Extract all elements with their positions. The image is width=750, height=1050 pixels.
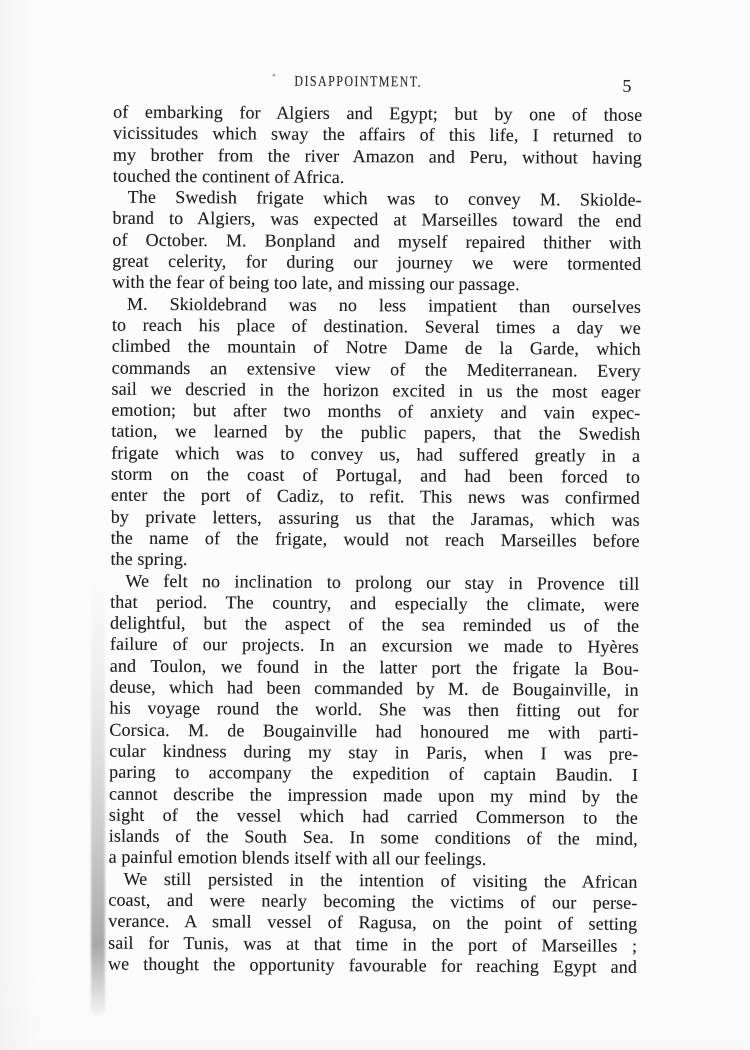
running-header: DISAPPOINTMENT. xyxy=(118,72,598,93)
text-line: climbed the mountain of Notre Dame de la… xyxy=(112,336,641,361)
scanned-sheet: DISAPPOINTMENT. 5 of embarking for Algie… xyxy=(0,0,750,1050)
paragraph: M. Skioldebrand was no less impatient th… xyxy=(110,293,641,573)
text-line: failure of our projects. In an excursion… xyxy=(110,634,639,659)
page-body: of embarking for Algiers and Egypt; but … xyxy=(108,102,642,978)
text-line: We felt no inclination to prolong our st… xyxy=(110,570,639,595)
text-line: enter the port of Cadiz, to refit. This … xyxy=(111,485,640,510)
paragraph: The Swedish frigate which was to convey … xyxy=(112,187,642,297)
page-number: 5 xyxy=(622,76,631,97)
text-line: tation, we learned by the public papers,… xyxy=(111,421,640,446)
page-header-title: DISAPPOINTMENT. xyxy=(294,74,422,92)
text-line: commands an extensive view of the Medite… xyxy=(112,357,641,382)
text-line: vicissitudes which sway the affairs of t… xyxy=(113,123,642,148)
text-line: a painful emotion blends itself with all… xyxy=(109,847,638,872)
text-line: verance. A small vessel of Ragusa, on th… xyxy=(108,911,637,936)
text-line: the name of the frigate, would not reach… xyxy=(111,528,640,553)
text-line: we thought the opportunity favourable fo… xyxy=(108,953,637,978)
paragraph: We still persisted in the intention of v… xyxy=(108,868,638,978)
text-line: cannot describe the impression made upon… xyxy=(109,783,638,808)
text-line: with the fear of being too late, and mis… xyxy=(112,272,641,297)
text-line: Corsica. M. de Bougainville had honoured… xyxy=(109,719,638,744)
paragraph: We felt no inclination to prolong our st… xyxy=(109,570,640,871)
book-page: DISAPPOINTMENT. 5 of embarking for Algie… xyxy=(0,0,750,1050)
text-line: his voyage round the world. She was then… xyxy=(110,698,639,723)
text-line: brand to Algiers, was expected at Marsei… xyxy=(112,208,641,233)
paragraph: of embarking for Algiers and Egypt; but … xyxy=(113,102,643,190)
text-line: my brother from the river Amazon and Per… xyxy=(113,144,642,169)
text-line: sail for Tunis, was at that time in the … xyxy=(108,932,637,957)
text-line: paring to accompany the expedition of ca… xyxy=(109,762,638,787)
